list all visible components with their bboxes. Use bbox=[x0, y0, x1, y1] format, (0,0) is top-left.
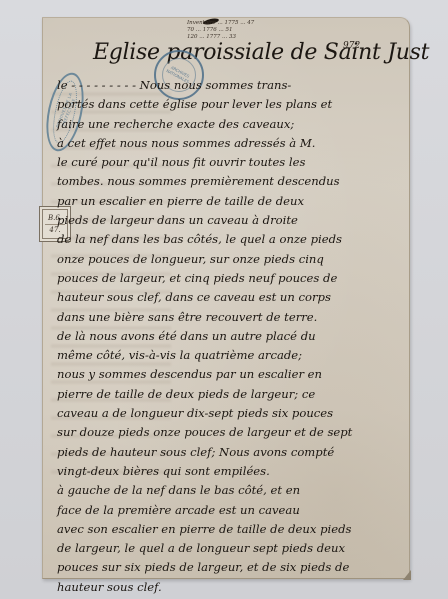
annotation-line: 70 ... 1776 ... 51 bbox=[187, 27, 387, 34]
text-line: vingt-deux bières qui sont empilées. bbox=[57, 462, 407, 481]
manuscript-body: le - - - - - - - - - Nous nous sommes tr… bbox=[57, 76, 407, 597]
text-line: tombes. nous sommes premièrement descend… bbox=[57, 172, 407, 191]
text-line: le - - - - - - - - - Nous nous sommes tr… bbox=[57, 76, 407, 95]
text-line: de largeur, le quel a de longueur sept p… bbox=[57, 539, 407, 558]
text-line: de la nef dans les bas côtés, le quel a … bbox=[57, 230, 407, 249]
text-line: à cet effet nous nous sommes adressés à … bbox=[57, 134, 407, 153]
top-annotations: Inventaire ... 1775 ... 47 70 ... 1776 .… bbox=[187, 20, 387, 41]
text-line: pieds de hauteur sous clef; Nous avons c… bbox=[57, 443, 407, 462]
text-line: hauteur sous clef. bbox=[57, 578, 407, 597]
text-line: le curé pour qu'il nous fit ouvrir toute… bbox=[57, 153, 407, 172]
text-line: dans une bière sans être recouvert de te… bbox=[57, 308, 407, 327]
text-line: face de la première arcade est un caveau bbox=[57, 501, 407, 520]
text-line: à gauche de la nef dans le bas côté, et … bbox=[57, 481, 407, 500]
manuscript-page: Inventaire ... 1775 ... 47 70 ... 1776 .… bbox=[42, 17, 410, 579]
text-line: de là nous avons été dans un autre placé… bbox=[57, 327, 407, 346]
text-line: hauteur sous clef, dans ce caveau est un… bbox=[57, 288, 407, 307]
text-line: caveau a de longueur dix-sept pieds six … bbox=[57, 404, 407, 423]
text-line: pouces sur six pieds de largeur, et de s… bbox=[57, 558, 407, 577]
annotation-line: Inventaire ... 1775 ... 47 bbox=[187, 20, 387, 27]
text-line: avec son escalier en pierre de taille de… bbox=[57, 520, 407, 539]
page-title: Eglise paroissiale de Saint Just bbox=[93, 40, 429, 65]
text-line: faire une recherche exacte des caveaux; bbox=[57, 115, 407, 134]
text-line: nous y sommes descendus par un escalier … bbox=[57, 365, 407, 384]
text-line: sur douze pieds onze pouces de largeur e… bbox=[57, 423, 407, 442]
title-number: 972 bbox=[343, 41, 360, 51]
text-line: pouces de largeur, et cinq pieds neuf po… bbox=[57, 269, 407, 288]
text-line: par un escalier en pierre de taille de d… bbox=[57, 192, 407, 211]
text-line: onze pouces de longueur, sur onze pieds … bbox=[57, 250, 407, 269]
text-line: portés dans cette église pour lever les … bbox=[57, 95, 407, 114]
text-line: pieds de largeur dans un caveau à droite bbox=[57, 211, 407, 230]
text-line: pierre de taille de deux pieds de largeu… bbox=[57, 385, 407, 404]
text-line: même côté, vis-à-vis la quatrième arcade… bbox=[57, 346, 407, 365]
